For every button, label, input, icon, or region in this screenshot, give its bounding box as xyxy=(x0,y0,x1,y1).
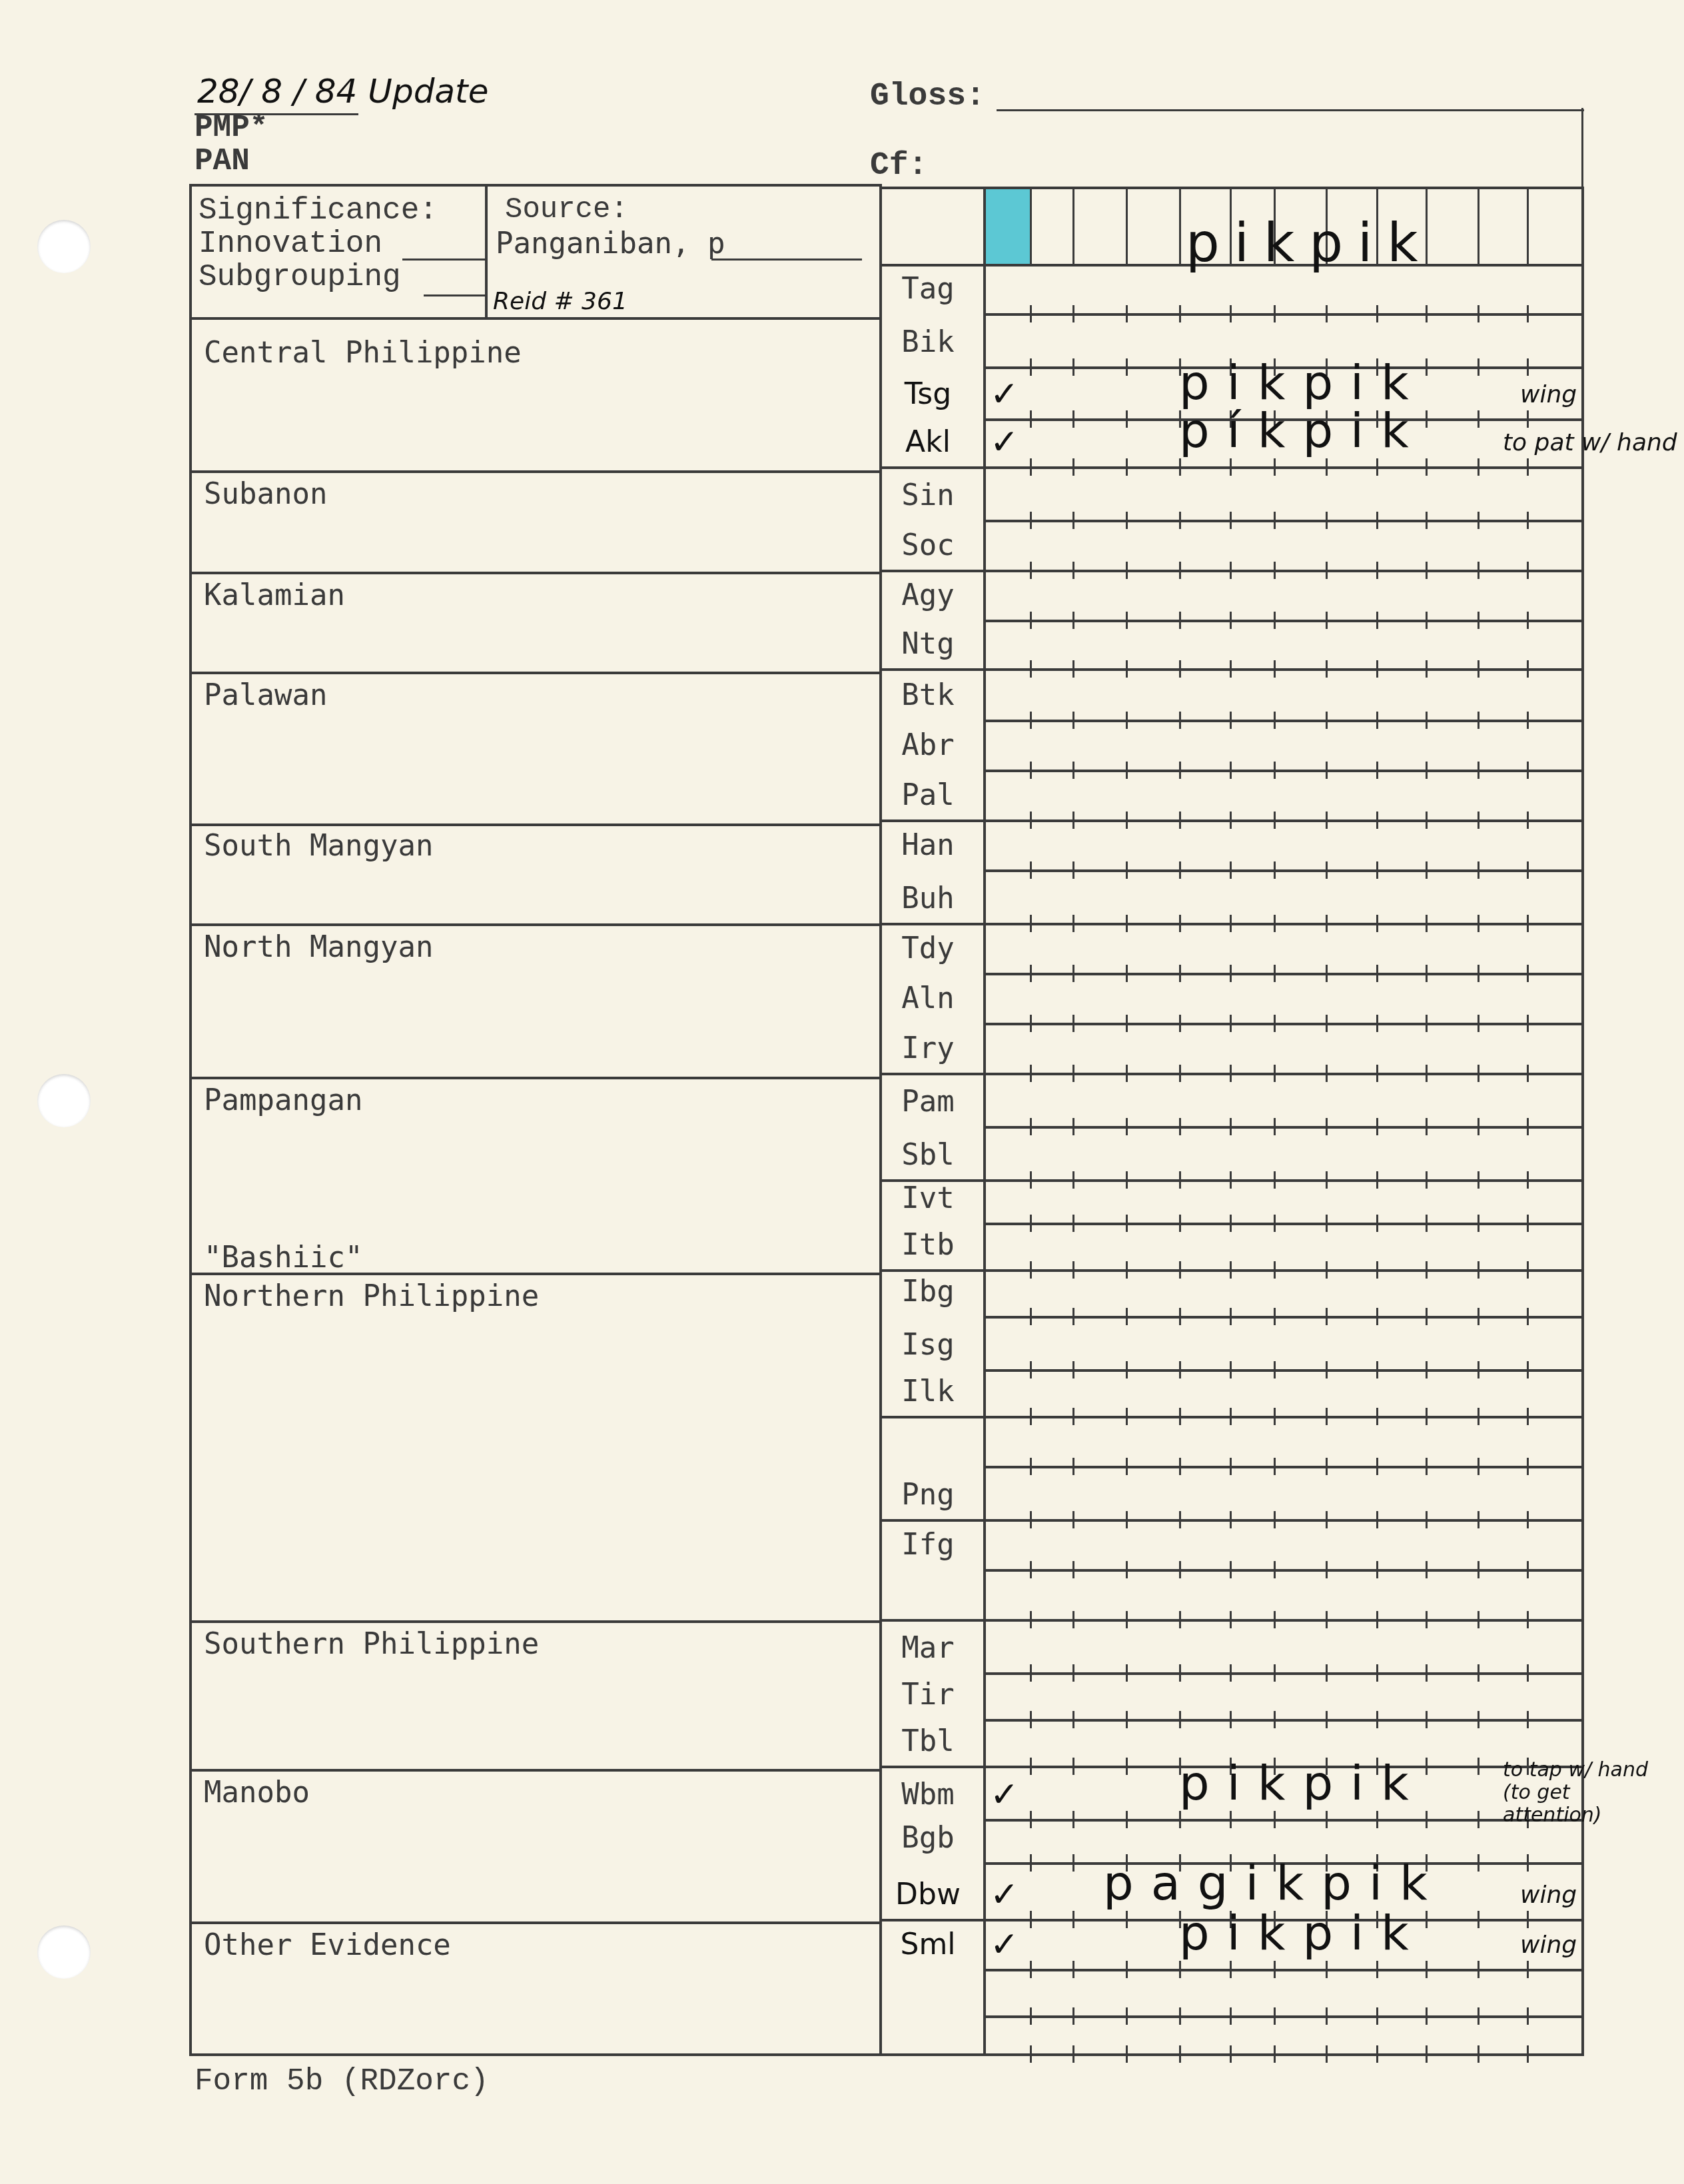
sig-box-top xyxy=(189,184,882,187)
segment-tick xyxy=(1230,1261,1232,1279)
segment-tick xyxy=(1230,2007,1232,2025)
segment-tick xyxy=(1274,712,1276,729)
segment-tick xyxy=(1477,2007,1479,2025)
gloss-field[interactable] xyxy=(997,79,1583,112)
segment-tick xyxy=(1179,1308,1181,1325)
headword-cell-divider xyxy=(1179,188,1181,265)
segment-tick xyxy=(1274,1171,1276,1189)
segment-tick xyxy=(1426,1118,1428,1135)
segment-tick xyxy=(1527,1408,1529,1425)
segment-tick xyxy=(1274,612,1276,629)
subgroup-divider xyxy=(189,1273,882,1275)
language-group-divider xyxy=(879,466,986,469)
segment-tick xyxy=(1426,458,1428,476)
segment-tick xyxy=(1072,660,1074,678)
segment-tick xyxy=(1072,1758,1074,1775)
language-group-divider xyxy=(879,1073,986,1075)
segment-tick xyxy=(1072,712,1074,729)
segment-tick xyxy=(1527,410,1529,428)
segment-tick xyxy=(1030,1611,1032,1628)
segment-tick xyxy=(1477,1611,1479,1628)
headword-cell-divider xyxy=(1477,188,1479,265)
check-mark-icon: ✓ xyxy=(990,422,1019,462)
subgroup-label: Subanon xyxy=(204,477,327,511)
language-code: Tag xyxy=(891,272,965,306)
segment-tick xyxy=(1126,1171,1128,1189)
language-group-divider xyxy=(879,668,986,671)
segment-tick xyxy=(1072,1711,1074,1728)
subgroup-label: Manobo xyxy=(204,1776,310,1810)
segment-tick xyxy=(1179,1458,1181,1475)
segment-tick xyxy=(1072,812,1074,829)
segment-tick xyxy=(1376,305,1378,322)
segment-tick xyxy=(1072,562,1074,579)
segment-tick xyxy=(1477,1911,1479,1928)
segment-tick xyxy=(1230,1015,1232,1032)
language-code: Aln xyxy=(891,981,965,1015)
segment-tick xyxy=(1477,410,1479,428)
language-code: Sbl xyxy=(891,1138,965,1172)
language-code: Abr xyxy=(891,728,965,762)
segment-tick xyxy=(1527,712,1529,729)
segment-tick xyxy=(1126,1015,1128,1032)
segment-tick xyxy=(1072,1118,1074,1135)
segment-tick xyxy=(1274,1361,1276,1378)
segment-tick xyxy=(1376,1361,1378,1378)
significance-label: Significance: xyxy=(199,193,438,228)
segment-tick xyxy=(1230,1811,1232,1828)
segment-tick xyxy=(1376,1711,1378,1728)
segment-tick xyxy=(1030,612,1032,629)
subgroup-divider xyxy=(189,923,882,926)
language-code: Isg xyxy=(891,1328,965,1362)
segment-tick xyxy=(1376,2007,1378,2025)
segment-tick xyxy=(1477,1961,1479,1978)
segment-tick xyxy=(1527,458,1529,476)
innovation-blank[interactable] xyxy=(402,259,485,261)
source-blank[interactable] xyxy=(711,259,862,261)
reid-note: Reid # 361 xyxy=(493,288,628,315)
segment-tick xyxy=(1230,1408,1232,1425)
segment-tick xyxy=(1030,712,1032,729)
segment-tick xyxy=(1527,1458,1529,1475)
segment-tick xyxy=(1376,1215,1378,1232)
segment-tick xyxy=(1326,762,1328,779)
segment-tick xyxy=(1230,562,1232,579)
segment-tick xyxy=(1527,1611,1529,1628)
segment-tick xyxy=(1527,2045,1529,2063)
segment-tick xyxy=(1072,1171,1074,1189)
segment-tick xyxy=(1126,410,1128,428)
language-code: Bik xyxy=(891,325,965,359)
segment-tick xyxy=(1230,812,1232,829)
segment-tick xyxy=(1179,1261,1181,1279)
segment-tick xyxy=(1072,1015,1074,1032)
segment-tick xyxy=(1326,305,1328,322)
segment-tick xyxy=(1274,1561,1276,1578)
segment-tick xyxy=(1126,1961,1128,1978)
segment-tick xyxy=(1426,1171,1428,1189)
language-group-divider xyxy=(879,1416,986,1418)
segment-tick xyxy=(1230,1961,1232,1978)
segment-tick xyxy=(1072,915,1074,932)
reflex-gloss: wing xyxy=(1520,1931,1577,1959)
segment-tick xyxy=(1179,2045,1181,2063)
segment-tick xyxy=(1230,762,1232,779)
segment-tick xyxy=(1426,612,1428,629)
segment-tick xyxy=(1030,410,1032,428)
segment-tick xyxy=(1230,965,1232,982)
segment-tick xyxy=(1126,512,1128,529)
segment-tick xyxy=(1030,512,1032,529)
check-mark-icon: ✓ xyxy=(990,1925,1019,1965)
subgroup-label: Kalamian xyxy=(204,578,345,612)
segment-tick xyxy=(1376,1611,1378,1628)
segment-tick xyxy=(1326,1664,1328,1682)
segment-tick xyxy=(1179,1811,1181,1828)
segment-tick xyxy=(1477,1065,1479,1082)
segment-tick xyxy=(1179,812,1181,829)
date-update-note: 28/ 8 / 84 Update xyxy=(197,72,488,111)
segment-tick xyxy=(1477,762,1479,779)
segment-tick xyxy=(1376,562,1378,579)
segment-tick xyxy=(1376,1261,1378,1279)
segment-tick xyxy=(1126,1611,1128,1628)
language-code: Bgb xyxy=(891,1821,965,1855)
segment-tick xyxy=(1326,512,1328,529)
segment-tick xyxy=(1527,1361,1529,1378)
segment-tick xyxy=(1179,1511,1181,1528)
subgroup-divider xyxy=(189,672,882,674)
segment-tick xyxy=(1030,915,1032,932)
segment-tick xyxy=(1376,965,1378,982)
segment-tick xyxy=(1426,762,1428,779)
segment-tick xyxy=(1126,1408,1128,1425)
segment-tick xyxy=(1477,512,1479,529)
segment-tick xyxy=(1477,660,1479,678)
segment-tick xyxy=(1426,861,1428,879)
segment-tick xyxy=(1326,1408,1328,1425)
subgroup-label: South Mangyan xyxy=(204,829,433,863)
segment-tick xyxy=(1126,1511,1128,1528)
subgroup-label: Other Evidence xyxy=(204,1928,451,1962)
segment-tick xyxy=(1179,562,1181,579)
segment-tick xyxy=(1527,762,1529,779)
segment-tick xyxy=(1126,612,1128,629)
innovation-label: Innovation xyxy=(199,227,382,261)
binder-hole-top xyxy=(37,220,91,273)
segment-tick xyxy=(1326,1308,1328,1325)
segment-tick xyxy=(1126,812,1128,829)
segment-tick xyxy=(1326,1015,1328,1032)
segment-tick xyxy=(1376,1171,1378,1189)
segment-tick xyxy=(1527,512,1529,529)
segment-tick xyxy=(1230,915,1232,932)
language-code: Iry xyxy=(891,1031,965,1065)
segment-tick xyxy=(1126,1561,1128,1578)
segment-tick xyxy=(1274,1408,1276,1425)
segment-tick xyxy=(1274,1215,1276,1232)
segment-tick xyxy=(1274,1118,1276,1135)
segment-tick xyxy=(1527,965,1529,982)
segment-tick xyxy=(1179,1215,1181,1232)
segment-tick xyxy=(1527,915,1529,932)
sig-box-left xyxy=(189,184,192,2056)
segment-tick xyxy=(1477,1215,1479,1232)
segment-tick xyxy=(1527,1561,1529,1578)
segment-tick xyxy=(1072,1811,1074,1828)
sig-box-bottom xyxy=(189,317,882,320)
segment-tick xyxy=(1230,1511,1232,1528)
segment-tick xyxy=(1477,1854,1479,1872)
segment-tick xyxy=(1030,562,1032,579)
segment-tick xyxy=(1477,712,1479,729)
segment-tick xyxy=(1376,1308,1378,1325)
segment-tick xyxy=(1072,2045,1074,2063)
segment-tick xyxy=(1326,660,1328,678)
segment-tick xyxy=(1230,1611,1232,1628)
form-footer-label: Form 5b (RDZorc) xyxy=(195,2064,489,2099)
segment-tick xyxy=(1274,812,1276,829)
segment-tick xyxy=(1230,305,1232,322)
segment-tick xyxy=(1179,1711,1181,1728)
sig-source-divider xyxy=(485,184,488,320)
segment-tick xyxy=(1072,1664,1074,1682)
segment-tick xyxy=(1230,1171,1232,1189)
segment-tick xyxy=(1030,1361,1032,1378)
language-code: Sml xyxy=(891,1927,965,1961)
segment-tick xyxy=(1126,1261,1128,1279)
segment-tick xyxy=(1274,1611,1276,1628)
headword-highlight-cell xyxy=(986,189,1030,265)
segment-tick xyxy=(1426,1561,1428,1578)
segment-tick xyxy=(1376,512,1378,529)
language-code: Soc xyxy=(891,528,965,562)
language-group-divider xyxy=(879,1619,986,1622)
segment-tick xyxy=(1477,2045,1479,2063)
segment-tick xyxy=(1274,1961,1276,1978)
language-code: Ifg xyxy=(891,1528,965,1562)
subgroup-divider xyxy=(189,572,882,574)
segment-tick xyxy=(1527,358,1529,376)
segment-tick xyxy=(1326,612,1328,629)
headword-form: pikpik xyxy=(1186,212,1433,274)
segment-tick xyxy=(1527,1664,1529,1682)
segment-tick xyxy=(1274,861,1276,879)
segment-tick xyxy=(1326,458,1328,476)
segment-tick xyxy=(1179,660,1181,678)
language-code: Ivt xyxy=(891,1181,965,1215)
segment-tick xyxy=(1230,1458,1232,1475)
segment-tick xyxy=(1326,1361,1328,1378)
segment-tick xyxy=(1527,1308,1529,1325)
subgroup-divider xyxy=(189,470,882,473)
segment-tick xyxy=(1376,1511,1378,1528)
segment-tick xyxy=(1072,358,1074,376)
segment-tick xyxy=(1179,512,1181,529)
segment-tick xyxy=(1274,562,1276,579)
segment-tick xyxy=(1274,2007,1276,2025)
segment-tick xyxy=(1072,1458,1074,1475)
segment-tick xyxy=(1477,1811,1479,1828)
segment-tick xyxy=(1326,1171,1328,1189)
segment-tick xyxy=(1230,1361,1232,1378)
language-code: Agy xyxy=(891,578,965,612)
segment-tick xyxy=(1477,1711,1479,1728)
segment-tick xyxy=(1230,660,1232,678)
segment-tick xyxy=(1527,1118,1529,1135)
segment-tick xyxy=(1477,1171,1479,1189)
segment-tick xyxy=(1426,2045,1428,2063)
segment-tick xyxy=(1477,1511,1479,1528)
segment-tick xyxy=(1030,1664,1032,1682)
segment-tick xyxy=(1179,612,1181,629)
segment-tick xyxy=(1179,762,1181,779)
language-code: Han xyxy=(891,828,965,862)
segment-tick xyxy=(1072,965,1074,982)
segment-tick xyxy=(1072,1561,1074,1578)
segment-tick xyxy=(1426,915,1428,932)
segment-tick xyxy=(1477,965,1479,982)
segment-tick xyxy=(1230,1561,1232,1578)
segment-tick xyxy=(1426,2007,1428,2025)
language-code: Buh xyxy=(891,881,965,915)
language-group-divider xyxy=(879,1269,986,1272)
segment-tick xyxy=(1527,1015,1529,1032)
segment-tick xyxy=(1326,1215,1328,1232)
segment-tick xyxy=(1179,915,1181,932)
segment-tick xyxy=(1477,812,1479,829)
segment-tick xyxy=(1274,2045,1276,2063)
segment-tick xyxy=(1326,1611,1328,1628)
segment-tick xyxy=(1326,2007,1328,2025)
segment-tick xyxy=(1527,1215,1529,1232)
segment-tick xyxy=(1030,1911,1032,1928)
segment-tick xyxy=(1376,762,1378,779)
language-code: Tsg xyxy=(891,377,965,411)
reflex-gloss: wing xyxy=(1520,381,1577,408)
language-group-divider xyxy=(879,1919,986,1921)
language-col-left xyxy=(879,184,882,2056)
segment-tick xyxy=(1072,1308,1074,1325)
segment-tick xyxy=(1326,2045,1328,2063)
segment-tick xyxy=(1527,1171,1529,1189)
subgroup-label: Southern Philippine xyxy=(204,1627,539,1661)
segment-tick xyxy=(1179,1408,1181,1425)
segment-tick xyxy=(1179,1961,1181,1978)
headword-cell-divider xyxy=(1030,188,1032,265)
segment-tick xyxy=(1230,1215,1232,1232)
subgrouping-blank[interactable] xyxy=(424,294,485,296)
segment-tick xyxy=(1179,2007,1181,2025)
segment-tick xyxy=(1527,1961,1529,1978)
segment-tick xyxy=(1126,305,1128,322)
segment-tick xyxy=(1072,1611,1074,1628)
reflex-form: pikpik xyxy=(1179,1755,1426,1811)
segment-tick xyxy=(1426,1711,1428,1728)
segment-tick xyxy=(1527,2007,1529,2025)
language-group-divider xyxy=(879,819,986,822)
binder-hole-bottom xyxy=(37,1925,91,1979)
segment-tick xyxy=(1326,1261,1328,1279)
segment-tick xyxy=(1477,1308,1479,1325)
reflex-form: pikpik xyxy=(1179,1905,1426,1961)
check-mark-icon: ✓ xyxy=(990,1875,1019,1915)
segment-tick xyxy=(1126,1215,1128,1232)
segment-tick xyxy=(1030,2045,1032,2063)
segment-tick xyxy=(1072,1215,1074,1232)
segment-tick xyxy=(1072,512,1074,529)
check-mark-icon: ✓ xyxy=(990,1775,1019,1815)
language-code: Ibg xyxy=(891,1275,965,1309)
segment-tick xyxy=(1376,2045,1378,2063)
segment-tick xyxy=(1274,1308,1276,1325)
segment-tick xyxy=(1030,861,1032,879)
segment-tick xyxy=(1527,660,1529,678)
segment-tick xyxy=(1179,1561,1181,1578)
segment-tick xyxy=(1030,812,1032,829)
language-group-divider xyxy=(879,570,986,572)
protolanguage-level-1: PMP* xyxy=(195,111,268,145)
language-code: Ntg xyxy=(891,627,965,661)
segment-tick xyxy=(1376,660,1378,678)
segment-tick xyxy=(1030,1308,1032,1325)
segment-tick xyxy=(1477,1664,1479,1682)
subgroup-label: Central Philippine xyxy=(204,336,522,370)
segment-tick xyxy=(1426,512,1428,529)
subgroup-label: Pampangan xyxy=(204,1083,362,1117)
segment-tick xyxy=(1426,1408,1428,1425)
segment-tick xyxy=(1274,915,1276,932)
segment-tick xyxy=(1072,410,1074,428)
segment-tick xyxy=(1030,1458,1032,1475)
segment-tick xyxy=(1030,1511,1032,1528)
language-code: Pam xyxy=(891,1085,965,1119)
segment-tick xyxy=(1274,1065,1276,1082)
language-code: Sin xyxy=(891,478,965,512)
segment-tick xyxy=(1426,1361,1428,1378)
segment-tick xyxy=(1477,1261,1479,1279)
segment-tick xyxy=(1072,612,1074,629)
segment-tick xyxy=(1072,1911,1074,1928)
segment-tick xyxy=(1126,1118,1128,1135)
segment-tick xyxy=(1426,305,1428,322)
segment-tick xyxy=(1376,1118,1378,1135)
segment-tick xyxy=(1030,1961,1032,1978)
segment-tick xyxy=(1326,562,1328,579)
segment-tick xyxy=(1426,1458,1428,1475)
segment-tick xyxy=(1030,1118,1032,1135)
segment-tick xyxy=(1126,1811,1128,1828)
segment-tick xyxy=(1376,861,1378,879)
segment-tick xyxy=(1179,1664,1181,1682)
subgroup-divider xyxy=(189,823,882,826)
language-code: Tdy xyxy=(891,931,965,965)
segment-tick xyxy=(1126,1911,1128,1928)
segment-tick xyxy=(1126,1758,1128,1775)
segment-tick xyxy=(1326,915,1328,932)
segment-tick xyxy=(1126,358,1128,376)
segment-tick xyxy=(1376,1961,1378,1978)
segment-tick xyxy=(1230,612,1232,629)
segment-tick xyxy=(1179,1015,1181,1032)
language-group-divider xyxy=(879,1519,986,1522)
segment-tick xyxy=(1477,1361,1479,1378)
segment-tick xyxy=(1126,1711,1128,1728)
subgroup-label: Northern Philippine xyxy=(204,1279,539,1313)
check-mark-icon: ✓ xyxy=(990,374,1019,414)
headword-cell-divider xyxy=(1527,188,1529,265)
